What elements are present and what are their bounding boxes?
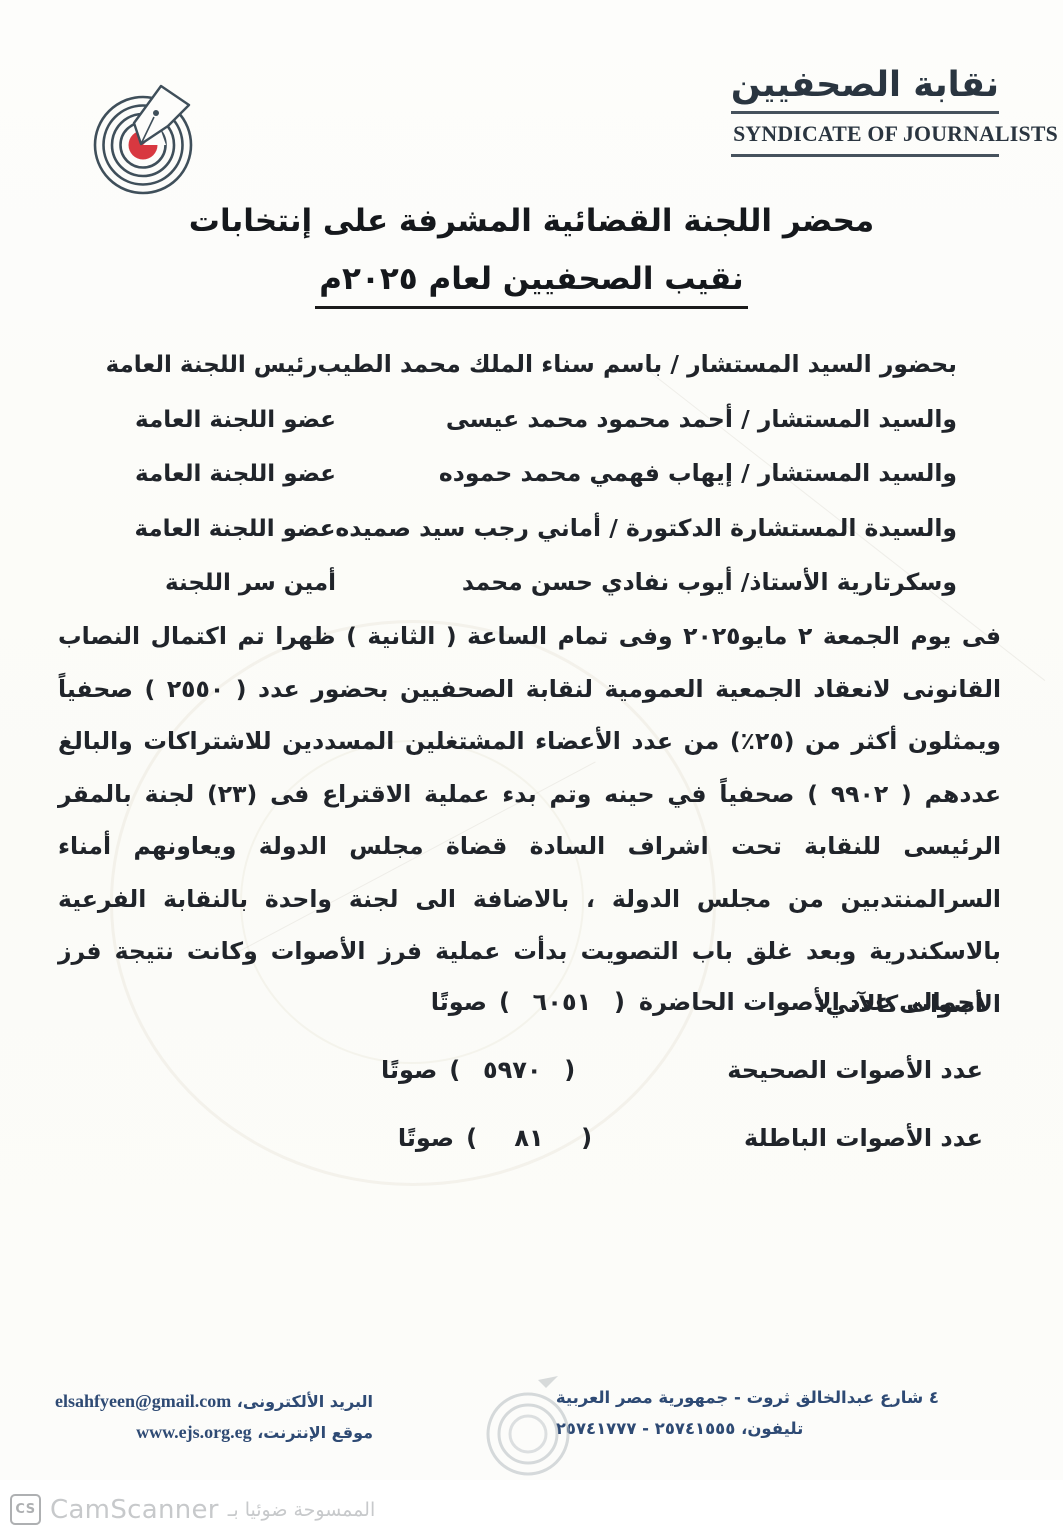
attendee-name: وسكرتارية الأستاذ/ أيوب نفادي حسن محمد xyxy=(462,568,957,596)
attendee-name: والسيد المستشار / أحمد محمود محمد عيسى xyxy=(446,405,957,433)
attendee-role: رئيس اللجنة العامة xyxy=(166,352,318,378)
attendee-role: أمين سر اللجنة xyxy=(184,570,336,596)
org-name-block: نقابة الصحفيين SYNDICATE OF JOURNALISTS xyxy=(729,64,1001,157)
result-label: عدد الأصوات الباطلة xyxy=(744,1124,983,1152)
result-count: ٥٩٧٠ xyxy=(460,1056,564,1084)
attendee-name: بحضور السيد المستشار / باسم سناء الملك م… xyxy=(318,350,957,378)
footer-website-line: موقع الإنترنت، www.ejs.org.eg xyxy=(55,1417,373,1448)
paren-close: ) xyxy=(564,1056,575,1084)
paren-close: ) xyxy=(614,988,625,1016)
attendee-role: عضو اللجنة العامة xyxy=(184,407,336,433)
result-unit: صوتًا xyxy=(381,1056,437,1084)
result-value-group: (٦٠٥١) xyxy=(499,988,625,1016)
paren-close: ) xyxy=(581,1124,592,1152)
minutes-body-paragraph: فى يوم الجمعة ٢ مايو٢٠٢٥ وفى تمام الساعة… xyxy=(58,610,1001,1030)
header-rule-bottom xyxy=(731,154,999,157)
paren-open: ( xyxy=(499,988,510,1016)
result-label: اجمالى عدد الأصوات الحاضرة xyxy=(639,988,983,1016)
result-row: اجمالى عدد الأصوات الحاضرة (٦٠٥١) صوتًا xyxy=(62,988,983,1056)
website-value: www.ejs.org.eg xyxy=(136,1422,251,1442)
vote-results: اجمالى عدد الأصوات الحاضرة (٦٠٥١) صوتًا … xyxy=(62,988,983,1192)
camscanner-badge-icon: CS xyxy=(10,1494,41,1525)
attendee-row: والسيد المستشار / إيهاب فهمي محمد حموده … xyxy=(62,459,957,514)
paren-open: ( xyxy=(449,1056,460,1084)
result-label: عدد الأصوات الصحيحة xyxy=(727,1056,983,1084)
document-footer: ٤ شارع عبدالخالق ثروت - جمهورية مصر العر… xyxy=(0,1372,1063,1480)
camscanner-arabic-label: الممسوحة ضوئيا بـ xyxy=(228,1499,375,1521)
syndicate-target-pen-logo-icon xyxy=(88,84,198,196)
org-name-arabic: نقابة الصحفيين xyxy=(729,64,1001,106)
email-label: البريد الألكترونى، xyxy=(237,1392,373,1411)
website-label: موقع الإنترنت، xyxy=(257,1423,373,1442)
scanned-document-page: نقابة الصحفيين SYNDICATE OF JOURNALISTS … xyxy=(0,0,1063,1539)
attendee-row: والسيد المستشار / أحمد محمود محمد عيسى ع… xyxy=(62,405,957,460)
email-value: elsahfyeen@gmail.com xyxy=(55,1391,231,1411)
title-line-1: محضر اللجنة القضائية المشرفة على إنتخابا… xyxy=(0,203,1063,239)
footer-address-block: ٤ شارع عبدالخالق ثروت - جمهورية مصر العر… xyxy=(556,1382,939,1444)
attendee-name: والسيدة المستشارة الدكتورة / أماني رجب س… xyxy=(335,514,957,542)
result-count: ٦٠٥١ xyxy=(510,988,614,1016)
camscanner-bar: CS CamScanner الممسوحة ضوئيا بـ xyxy=(0,1480,1063,1539)
result-value-group: (٨١) xyxy=(466,1124,592,1152)
result-row: عدد الأصوات الصحيحة (٥٩٧٠) صوتًا xyxy=(62,1056,983,1124)
footer-watermark-logo-icon xyxy=(476,1372,586,1480)
document-title: محضر اللجنة القضائية المشرفة على إنتخابا… xyxy=(0,203,1063,309)
footer-contact-block: البريد الألكترونى، elsahfyeen@gmail.com … xyxy=(55,1386,373,1448)
footer-email-line: البريد الألكترونى، elsahfyeen@gmail.com xyxy=(55,1386,373,1417)
camscanner-brand: CamScanner xyxy=(50,1495,219,1525)
header-rule-top xyxy=(731,111,999,114)
attendee-row: بحضور السيد المستشار / باسم سناء الملك م… xyxy=(62,350,957,405)
attendee-row: والسيدة المستشارة الدكتورة / أماني رجب س… xyxy=(62,514,957,569)
result-row: عدد الأصوات الباطلة (٨١) صوتًا xyxy=(62,1124,983,1192)
result-unit: صوتًا xyxy=(398,1124,454,1152)
result-unit: صوتًا xyxy=(431,988,487,1016)
attendees-list: بحضور السيد المستشار / باسم سناء الملك م… xyxy=(62,350,957,623)
result-count: ٨١ xyxy=(477,1124,581,1152)
footer-address: ٤ شارع عبدالخالق ثروت - جمهورية مصر العر… xyxy=(556,1382,939,1413)
attendee-role: عضو اللجنة العامة xyxy=(184,461,336,487)
org-name-english: SYNDICATE OF JOURNALISTS xyxy=(733,121,997,147)
attendee-name: والسيد المستشار / إيهاب فهمي محمد حموده xyxy=(439,459,957,487)
result-value-group: (٥٩٧٠) xyxy=(449,1056,575,1084)
attendee-role: عضو اللجنة العامة xyxy=(183,516,335,542)
footer-phone: تليفون، ٢٥٧٤١٥٥٥ - ٢٥٧٤١٧٧٧ xyxy=(556,1413,939,1444)
paren-open: ( xyxy=(466,1124,477,1152)
title-line-2: نقيب الصحفيين لعام ٢٠٢٥م xyxy=(315,261,747,309)
